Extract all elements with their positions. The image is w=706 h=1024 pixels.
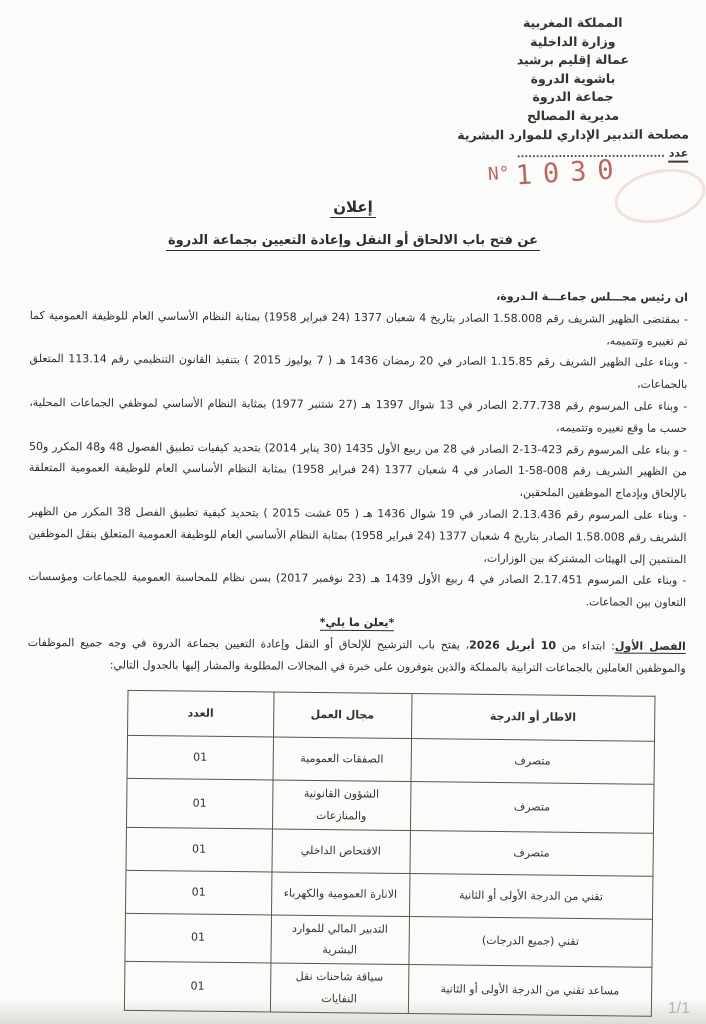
table-row: متصرف الشؤون القانونية والمنازعات 01 <box>126 779 654 834</box>
declaration-text: *يعلن ما يلي* <box>320 616 395 631</box>
letterhead-line-hr-service: مصلحة التدبير الإداري للموارد البشرية <box>446 125 700 144</box>
cell-grade: متصرف <box>411 739 655 785</box>
title-row: إعلان <box>0 197 706 218</box>
cell-field: التدبير المالي للموارد البشرية <box>271 915 409 965</box>
letterhead-line-pashalik: باشوية الدروة <box>446 69 700 88</box>
letterhead-line-kingdom: المملكة المغربية <box>446 14 700 33</box>
preamble-clause: - وبناء على الظهير الشريف رقم 1.15.85 ال… <box>29 348 687 396</box>
stamp-prefix: N° <box>487 163 510 185</box>
cell-count: 01 <box>126 870 272 915</box>
reference-number-label: عدد <box>669 147 689 163</box>
table-row: تقني (جميع الدرجات) التدبير المالي للموا… <box>125 913 653 968</box>
stamp-number: 1030 <box>515 154 626 192</box>
preamble-clause: - بمقتضى الظهير الشريف رقم 1.58.008 الصا… <box>30 305 688 353</box>
preamble-clause: - وبناء على المرسوم رقم 2.13.436 الصادر … <box>28 501 686 570</box>
table-row: متصرف الصفقات العمومية 01 <box>127 736 654 785</box>
scanned-document-page: المملكة المغربية وزارة الداخلية عمالة إق… <box>0 0 706 1024</box>
table-row: تقني من الدرجة الأولى أو الثانية الانارة… <box>126 870 653 919</box>
cell-grade: تقني (جميع الدرجات) <box>408 916 652 967</box>
cell-field: الشؤون القانونية والمنازعات <box>272 780 410 830</box>
cell-grade: مساعد تقني من الدرجة الأولى أو الثانية <box>408 965 652 1016</box>
column-header-grade: الاطار أو الدرجة <box>411 694 655 742</box>
cell-field: سياقة شاحنات نقل النفايات <box>270 963 408 1013</box>
cell-grade: متصرف <box>410 782 654 833</box>
cell-field: الانارة العمومية والكهرباء <box>271 872 409 917</box>
letterhead-line-ministry: وزارة الداخلية <box>446 32 700 51</box>
letterhead-line-directorate: مديرية المصالح <box>446 107 700 126</box>
cell-count: 01 <box>126 779 272 829</box>
letterhead: المملكة المغربية وزارة الداخلية عمالة إق… <box>446 14 701 164</box>
page-number-indicator: 1/1 <box>668 1000 690 1018</box>
table-row: متصرف الافتحاص الداخلي 01 <box>126 827 653 876</box>
article-one-date: 10 أبريل 2026 <box>469 638 556 652</box>
article-one-label: الفصل الأول <box>615 639 686 653</box>
preamble-clause: - وبناء على المرسوم رقم 2.77.738 الصادر … <box>29 392 687 440</box>
letterhead-line-province: عمالة إقليم برشيد <box>446 51 700 70</box>
column-header-field: مجال العمل <box>273 692 411 739</box>
cell-count: 01 <box>124 962 270 1012</box>
cell-grade: متصرف <box>409 830 653 876</box>
article-one-text-before-date: : ابتداء من <box>556 639 615 652</box>
cell-grade: تقني من الدرجة الأولى أو الثانية <box>409 873 653 919</box>
cell-count: 01 <box>127 736 273 781</box>
positions-table: الاطار أو الدرجة مجال العمل العدد متصرف … <box>124 690 656 1017</box>
subtitle-row: عن فتح باب الالحاق أو النقل وإعادة التعي… <box>0 229 706 251</box>
cell-field: الافتحاص الداخلي <box>272 829 410 874</box>
preamble-clause: - وبناء على المرسوم 2.17.451 الصادر في 4… <box>28 566 686 614</box>
preamble-clause: - و بناء على المرسوم رقم 423-13-2 الصادر… <box>29 436 687 505</box>
cell-count: 01 <box>126 827 272 872</box>
article-one-paragraph: الفصل الأول: ابتداء من 10 أبريل 2026، يف… <box>28 632 686 680</box>
letterhead-line-commune: جماعة الدروة <box>446 88 700 107</box>
cell-field: الصفقات العمومية <box>273 737 411 782</box>
document-title: إعلان <box>330 198 376 218</box>
column-header-count: العدد <box>128 691 274 738</box>
table-header-row: الاطار أو الدرجة مجال العمل العدد <box>128 691 655 742</box>
document-subtitle: عن فتح باب الالحاق أو النقل وإعادة التعي… <box>166 233 540 251</box>
table-row: مساعد تقني من الدرجة الأولى أو الثانية س… <box>124 962 652 1017</box>
document-body: ان رئيس مجـــلس جماعـــة الـدروة، - بمقت… <box>26 283 688 1017</box>
cell-count: 01 <box>125 913 271 963</box>
